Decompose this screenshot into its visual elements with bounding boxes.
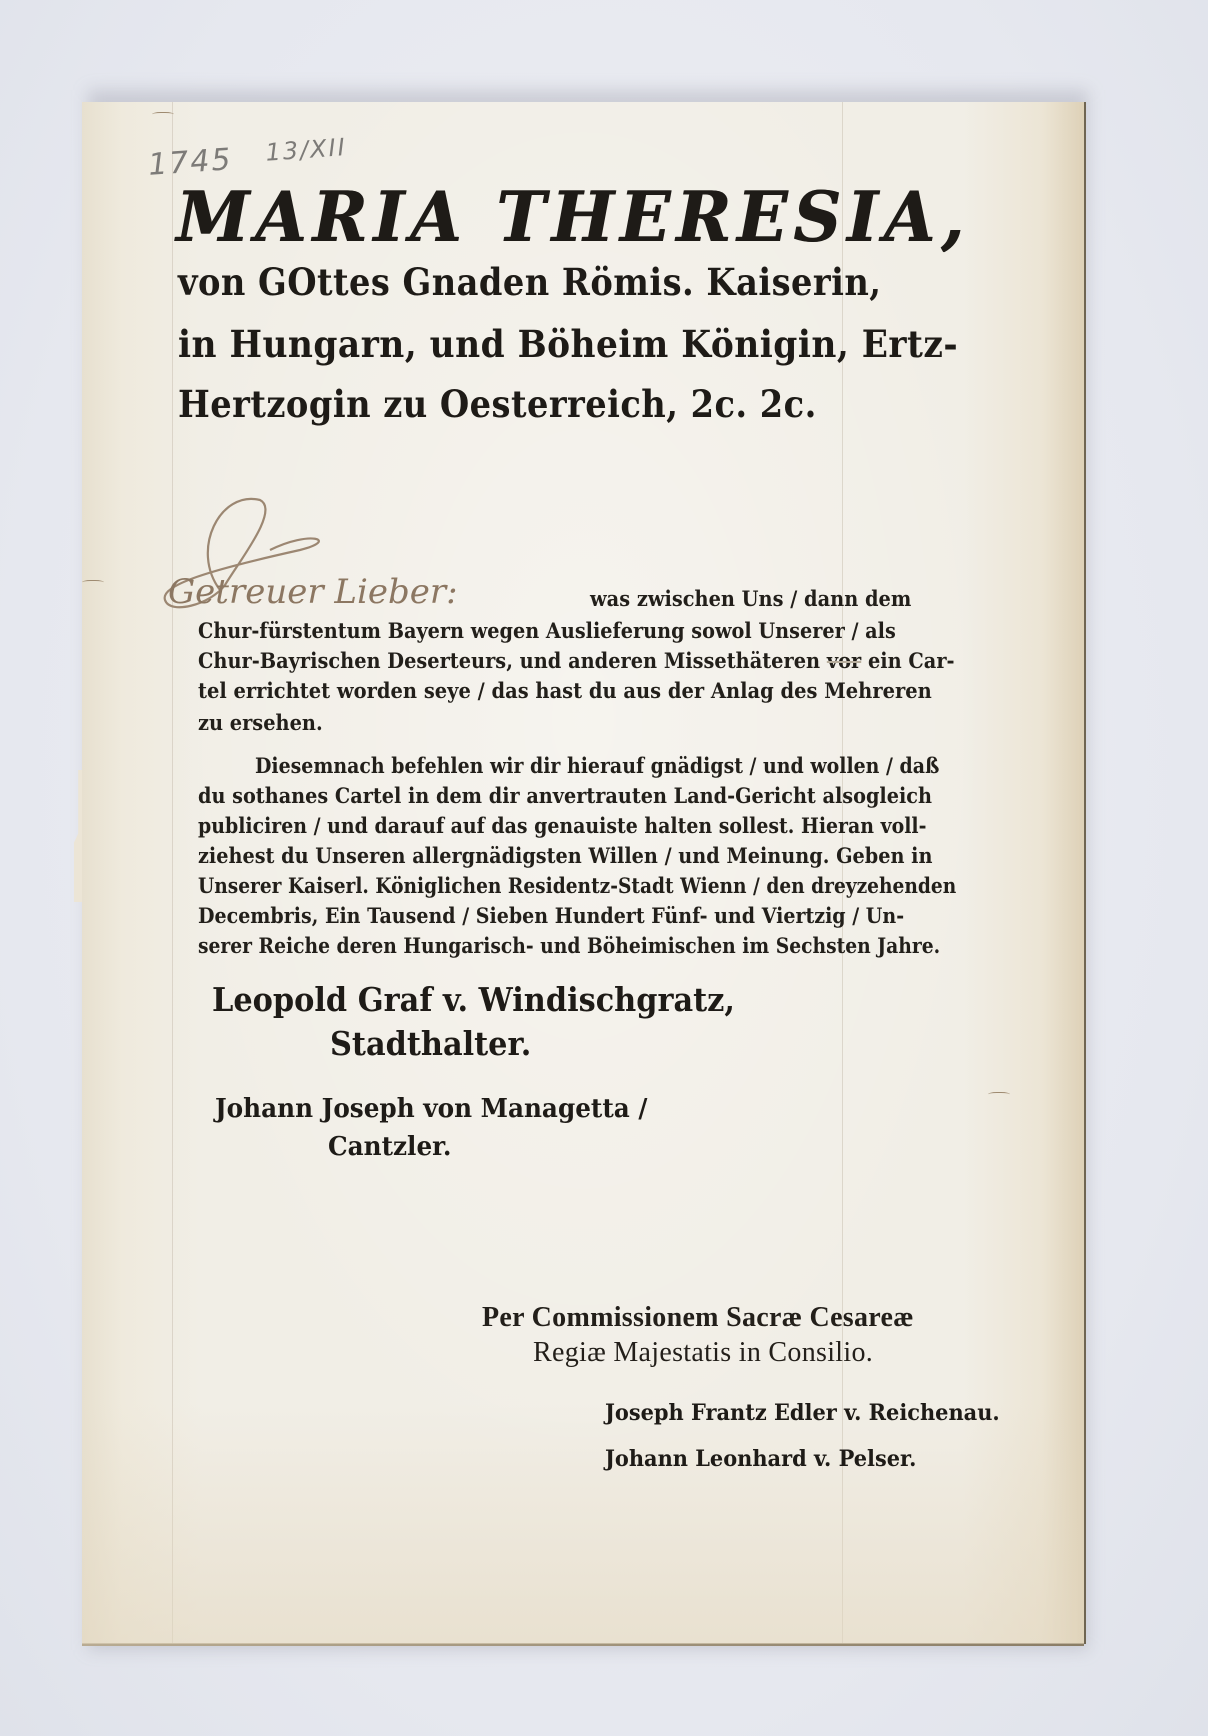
stadthalter-title: Stadthalter. [330, 1024, 531, 1063]
ink-mark [82, 580, 104, 586]
body-line: Chur-fürstentum Bayern wegen Auslieferun… [198, 617, 896, 647]
commission-line: Regiæ Majestatis in Consilio. [533, 1337, 873, 1369]
commission-line: Per Commissionem Sacræ Cesareæ [482, 1302, 914, 1334]
body-line: tel errichtet worden seye / das hast du … [198, 677, 932, 707]
countersigner-reichenau: Joseph Frantz Edler v. Reichenau. [605, 1400, 1000, 1426]
body-text: Chur-Bayrischen Deserteurs, und anderen … [198, 649, 820, 674]
paper-crease [172, 102, 173, 1644]
body-text: ein Car- [868, 649, 955, 674]
body-line: serer Reiche deren Hungarisch- und Böhei… [198, 932, 940, 962]
cantzler-name: Johann Joseph von Managetta / [215, 1094, 647, 1124]
title-line: Hertzogin zu Oesterreich, 2c. 2c. [178, 382, 817, 426]
handwritten-salutation: Getreuer Lieber: [168, 572, 458, 612]
body-line: Diesemnach befehlen wir dir hierauf gnäd… [255, 752, 939, 782]
archival-date: 13/XII [265, 133, 348, 167]
commission-text: Per Commissionem Sacræ Cesareæ [482, 1302, 914, 1333]
body-line: Chur-Bayrischen Deserteurs, und anderen … [198, 647, 955, 677]
ink-mark [152, 112, 174, 118]
body-line: Decembris, Ein Tausend / Sieben Hundert … [198, 902, 904, 932]
body-line: du sothanes Cartel in dem dir anvertraut… [198, 782, 932, 812]
title-line: von GOttes Gnaden Römis. Kaiserin, [178, 260, 881, 304]
cantzler-title: Cantzler. [328, 1132, 452, 1162]
body-line: Unserer Kaiserl. Königlichen Residentz-S… [198, 872, 956, 902]
document-title: MARIA THERESIA, [176, 176, 970, 258]
struck-word: vor [827, 649, 861, 674]
body-line: was zwischen Uns / dann dem [590, 585, 911, 615]
sheet-edge [82, 1643, 1084, 1646]
title-line: in Hungarn, und Böheim Königin, Ertz- [178, 322, 958, 366]
countersigner-pelser: Johann Leonhard v. Pelser. [605, 1446, 916, 1472]
body-line: ziehest du Unseren allergnädigsten Wille… [198, 842, 932, 872]
body-line: zu ersehen. [198, 709, 323, 739]
ink-mark [988, 1092, 1010, 1098]
stadthalter-name: Leopold Graf v. Windischgratz, [212, 980, 735, 1019]
body-line: publiciren / und darauf auf das genauist… [198, 812, 926, 842]
